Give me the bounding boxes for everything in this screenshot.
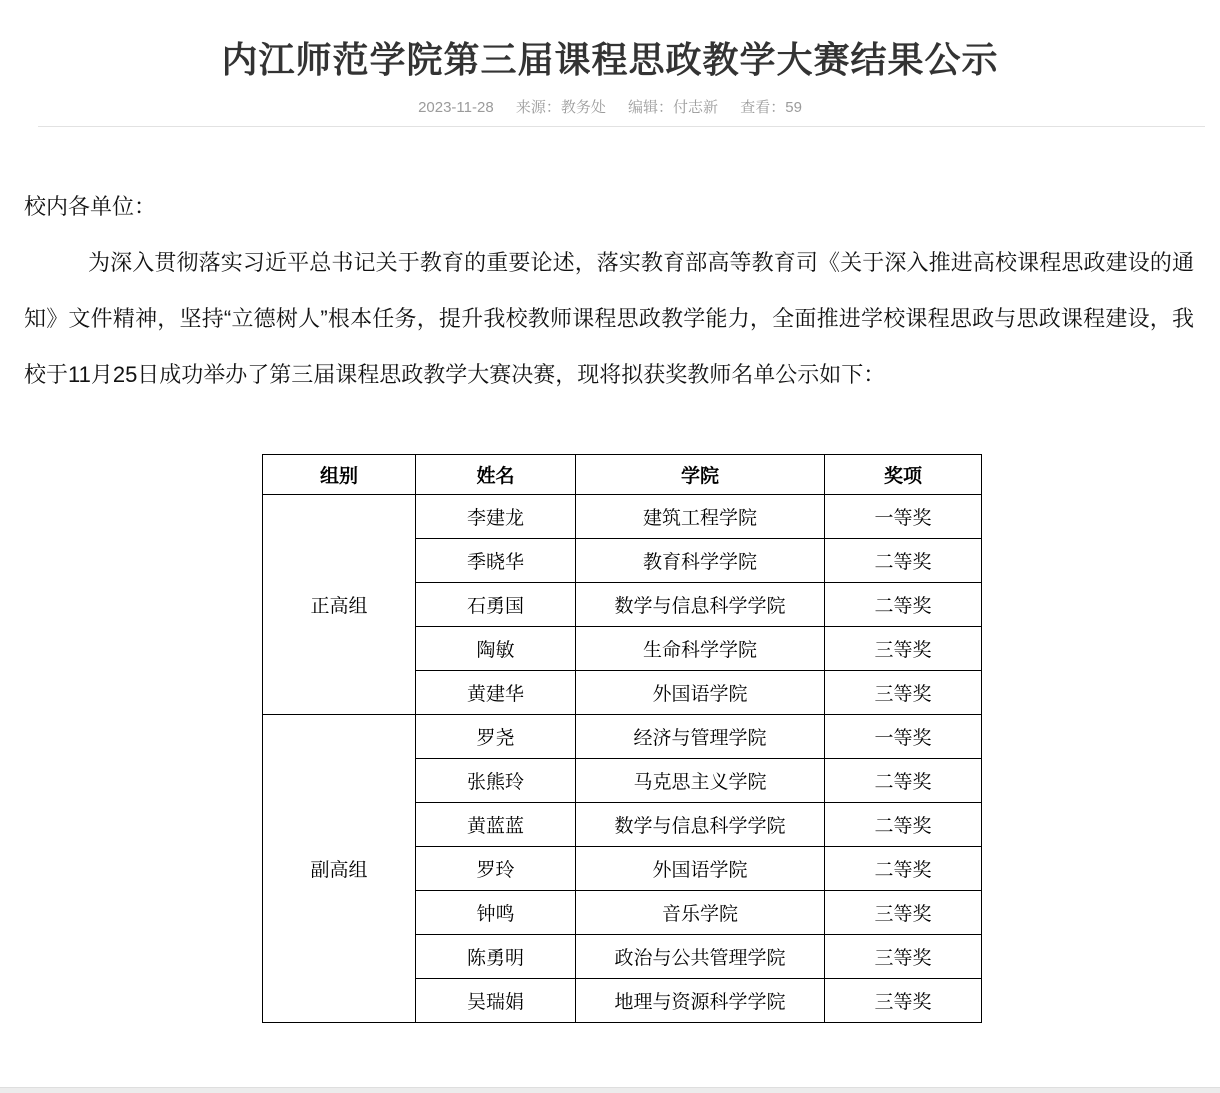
name-cell: 季晓华 [416,539,576,583]
award-cell: 二等奖 [825,759,982,803]
announcement-page: 内江师范学院第三届课程思政教学大赛结果公示 2023-11-28 来源：教务处 … [0,0,1220,1093]
award-cell: 二等奖 [825,847,982,891]
college-cell: 数学与信息科学学院 [576,583,825,627]
award-cell: 二等奖 [825,803,982,847]
award-cell: 三等奖 [825,627,982,671]
column-header: 组别 [263,455,416,495]
meta-editor: 编辑：付志新 [628,99,718,116]
college-cell: 外国语学院 [576,847,825,891]
name-cell: 黄蓝蓝 [416,803,576,847]
table-row: 副高组罗尧经济与管理学院一等奖 [263,715,982,759]
name-cell: 吴瑞娟 [416,979,576,1023]
group-cell: 副高组 [263,715,416,1023]
meta-date: 2023-11-28 [418,99,494,116]
award-cell: 三等奖 [825,671,982,715]
award-cell: 一等奖 [825,495,982,539]
table-header: 组别姓名学院奖项 [263,455,982,495]
award-cell: 三等奖 [825,891,982,935]
award-cell: 一等奖 [825,715,982,759]
name-cell: 罗尧 [416,715,576,759]
college-cell: 地理与资源科学学院 [576,979,825,1023]
body-paragraph: 为深入贯彻落实习近平总书记关于教育的重要论述，落实教育部高等教育司《关于深入推进… [24,235,1194,403]
college-cell: 政治与公共管理学院 [576,935,825,979]
column-header: 姓名 [416,455,576,495]
name-cell: 陶敏 [416,627,576,671]
page-title: 内江师范学院第三届课程思政教学大赛结果公示 [0,38,1220,82]
award-cell: 三等奖 [825,935,982,979]
award-cell: 二等奖 [825,539,982,583]
college-cell: 音乐学院 [576,891,825,935]
name-cell: 钟鸣 [416,891,576,935]
name-cell: 石勇国 [416,583,576,627]
award-cell: 三等奖 [825,979,982,1023]
name-cell: 陈勇明 [416,935,576,979]
name-cell: 罗玲 [416,847,576,891]
meta-source: 来源：教务处 [516,99,606,116]
salutation: 校内各单位： [24,179,1194,235]
column-header: 奖项 [825,455,982,495]
college-cell: 教育科学学院 [576,539,825,583]
name-cell: 李建龙 [416,495,576,539]
table-header-row: 组别姓名学院奖项 [263,455,982,495]
college-cell: 马克思主义学院 [576,759,825,803]
group-cell: 正高组 [263,495,416,715]
table-row: 正高组李建龙建筑工程学院一等奖 [263,495,982,539]
column-header: 学院 [576,455,825,495]
college-cell: 数学与信息科学学院 [576,803,825,847]
college-cell: 外国语学院 [576,671,825,715]
name-cell: 张熊玲 [416,759,576,803]
college-cell: 建筑工程学院 [576,495,825,539]
name-cell: 黄建华 [416,671,576,715]
header-divider [38,126,1205,127]
award-cell: 二等奖 [825,583,982,627]
article-body: 校内各单位： 为深入贯彻落实习近平总书记关于教育的重要论述，落实教育部高等教育司… [24,179,1194,403]
bottom-scrollbar-track [0,1087,1220,1093]
results-table: 组别姓名学院奖项 正高组李建龙建筑工程学院一等奖季晓华教育科学学院二等奖石勇国数… [262,454,982,1023]
college-cell: 生命科学学院 [576,627,825,671]
college-cell: 经济与管理学院 [576,715,825,759]
meta-views: 查看：59 [740,99,802,116]
article-meta: 2023-11-28 来源：教务处 编辑：付志新 查看：59 [0,98,1220,118]
